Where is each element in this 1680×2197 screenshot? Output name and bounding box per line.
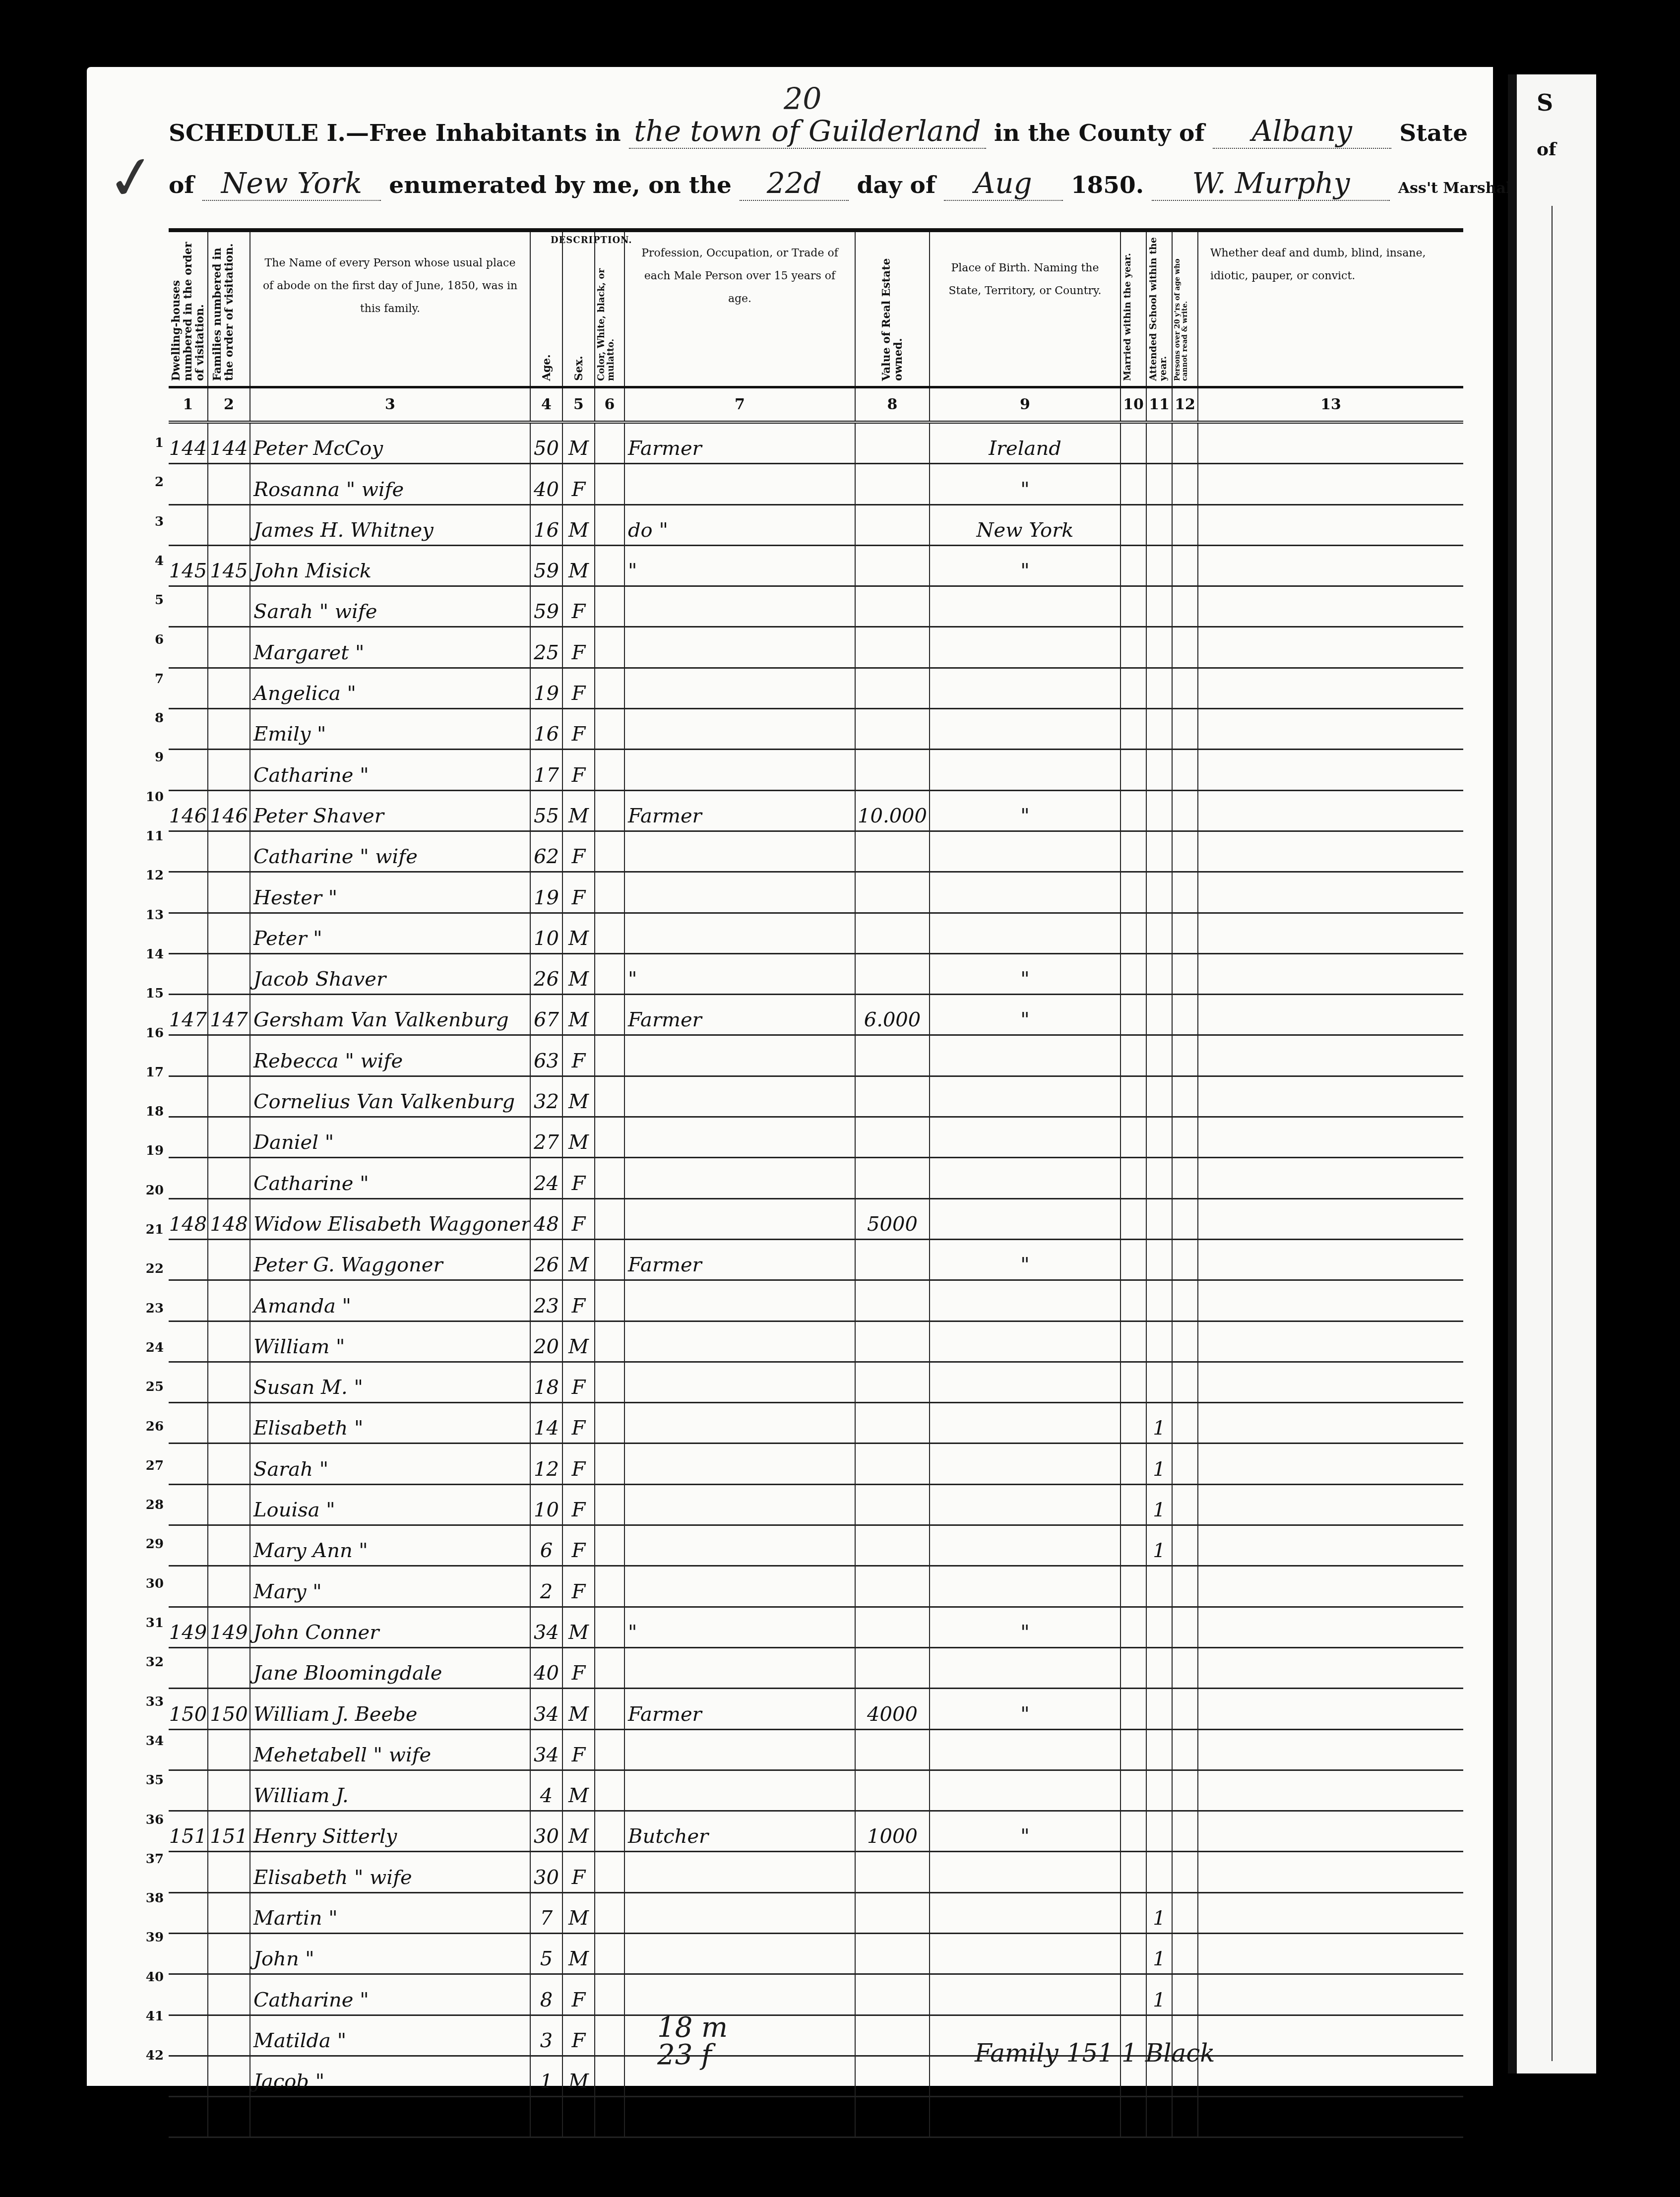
cell-color-mark bbox=[595, 587, 625, 626]
cell-family bbox=[208, 2057, 250, 2096]
cell-sex: M bbox=[563, 914, 595, 953]
cell-married bbox=[1121, 1812, 1147, 1851]
line-number: 33 bbox=[139, 1695, 164, 1709]
cell-school bbox=[1147, 1281, 1173, 1320]
col-num: 11 bbox=[1147, 388, 1173, 421]
cell-occupation bbox=[625, 1934, 856, 1973]
table-row: Mary "2F bbox=[169, 1567, 1463, 1607]
cell-sex: F bbox=[563, 1036, 595, 1075]
cell-school bbox=[1147, 709, 1173, 749]
cell-occupation: Butcher bbox=[625, 1812, 856, 1851]
cell-sex: F bbox=[563, 1852, 595, 1891]
cell-family bbox=[208, 2097, 250, 2136]
cell-illiterate bbox=[1173, 1036, 1198, 1075]
line-number: 18 bbox=[139, 1104, 164, 1119]
place-field: the town of Guilderland bbox=[629, 114, 986, 149]
cell-family bbox=[208, 1077, 250, 1116]
cell-illiterate bbox=[1173, 1444, 1198, 1483]
cell-age: 8 bbox=[531, 1975, 563, 2014]
cell-condition bbox=[1198, 1199, 1463, 1239]
cell-real-estate: 5000 bbox=[856, 1199, 930, 1239]
cell-real-estate bbox=[856, 954, 930, 994]
cell-family bbox=[208, 750, 250, 789]
cell-illiterate bbox=[1173, 1975, 1198, 2014]
cell-name: Sarah " wife bbox=[250, 587, 531, 626]
cell-occupation: Farmer bbox=[625, 791, 856, 830]
cell-birthplace bbox=[930, 1526, 1121, 1565]
cell-married bbox=[1121, 546, 1147, 585]
cell-name: Henry Sitterly bbox=[250, 1812, 531, 1851]
cell-age: 1 bbox=[531, 2057, 563, 2096]
cell-birthplace: New York bbox=[930, 505, 1121, 545]
cell-illiterate bbox=[1173, 1403, 1198, 1443]
day-field: 22d bbox=[740, 166, 849, 201]
cell-sex: F bbox=[563, 1281, 595, 1320]
cell-birthplace bbox=[930, 1485, 1121, 1524]
cell-dwelling bbox=[169, 1526, 208, 1565]
cell-birthplace: " bbox=[930, 1240, 1121, 1279]
cell-married bbox=[1121, 1526, 1147, 1565]
cell-married bbox=[1121, 914, 1147, 953]
cell-birthplace: " bbox=[930, 546, 1121, 585]
cell-color-mark bbox=[595, 424, 625, 463]
cell-condition bbox=[1198, 1526, 1463, 1565]
cell-condition bbox=[1198, 546, 1463, 585]
cell-birthplace bbox=[930, 1934, 1121, 1973]
table-row: William "20M bbox=[169, 1322, 1463, 1363]
cell-name: Cornelius Van Valkenburg bbox=[250, 1077, 531, 1116]
cell-occupation: Farmer bbox=[625, 995, 856, 1034]
cell-occupation bbox=[625, 464, 856, 503]
cell-color-mark bbox=[595, 1567, 625, 1606]
table-row: 149149John Conner34M"" bbox=[169, 1608, 1463, 1648]
cell-real-estate bbox=[856, 1852, 930, 1891]
cell-family bbox=[208, 587, 250, 626]
cell-family bbox=[208, 1444, 250, 1483]
cell-occupation bbox=[625, 1771, 856, 1810]
cell-married bbox=[1121, 669, 1147, 708]
cell-age: 2 bbox=[531, 1567, 563, 1606]
cell-sex: F bbox=[563, 669, 595, 708]
cell-dwelling bbox=[169, 1852, 208, 1891]
table-row: Hester "19F bbox=[169, 873, 1463, 913]
line-number: 8 bbox=[139, 711, 164, 726]
cell-married bbox=[1121, 832, 1147, 871]
cell-age: 16 bbox=[531, 505, 563, 545]
cell-color-mark bbox=[595, 1240, 625, 1279]
cell-occupation bbox=[625, 2097, 856, 2136]
cell-occupation bbox=[625, 1485, 856, 1524]
cell-real-estate bbox=[856, 1648, 930, 1688]
marshal-signature: W. Murphy bbox=[1152, 166, 1390, 201]
cell-sex: F bbox=[563, 1158, 595, 1197]
cell-color-mark bbox=[595, 914, 625, 953]
cell-name: Matilda " bbox=[250, 2016, 531, 2055]
cell-birthplace bbox=[930, 1567, 1121, 1606]
county-label: in the County of bbox=[994, 120, 1205, 147]
cell-age: 23 bbox=[531, 1281, 563, 1320]
cell-name: William " bbox=[250, 1322, 531, 1361]
cell-occupation bbox=[625, 873, 856, 912]
cell-color-mark bbox=[595, 2016, 625, 2055]
cell-color-mark bbox=[595, 1771, 625, 1810]
cell-married bbox=[1121, 1444, 1147, 1483]
cell-married bbox=[1121, 791, 1147, 830]
cell-married bbox=[1121, 1689, 1147, 1728]
cell-condition bbox=[1198, 1118, 1463, 1157]
header-col-8: Value of Real Estate owned. bbox=[856, 232, 930, 386]
table-row: Martin "7M1 bbox=[169, 1893, 1463, 1934]
table-row: John "5M1 bbox=[169, 1934, 1463, 1975]
cell-family bbox=[208, 1852, 250, 1891]
adjacent-title-fragment: S bbox=[1537, 89, 1553, 116]
cell-school bbox=[1147, 1812, 1173, 1851]
cell-occupation bbox=[625, 1852, 856, 1891]
cell-married bbox=[1121, 1118, 1147, 1157]
cell-sex: F bbox=[563, 464, 595, 503]
cell-school bbox=[1147, 628, 1173, 667]
cell-married bbox=[1121, 628, 1147, 667]
table-row: Elisabeth " wife30F bbox=[169, 1852, 1463, 1893]
cell-condition bbox=[1198, 1444, 1463, 1483]
cell-age: 17 bbox=[531, 750, 563, 789]
cell-dwelling bbox=[169, 1485, 208, 1524]
adjacent-page-edge: S of bbox=[1508, 74, 1596, 2073]
line-number: 6 bbox=[139, 632, 164, 647]
cell-birthplace bbox=[930, 1444, 1121, 1483]
cell-condition bbox=[1198, 587, 1463, 626]
cell-dwelling: 150 bbox=[169, 1689, 208, 1728]
line-number: 11 bbox=[139, 829, 164, 844]
cell-sex: M bbox=[563, 1118, 595, 1157]
header-col-13: Whether deaf and dumb, blind, insane, id… bbox=[1198, 232, 1463, 386]
line-number: 9 bbox=[139, 750, 164, 765]
cell-school bbox=[1147, 546, 1173, 585]
cell-name: Catharine " bbox=[250, 1158, 531, 1197]
cell-condition bbox=[1198, 1363, 1463, 1402]
cell-family bbox=[208, 464, 250, 503]
cell-real-estate bbox=[856, 505, 930, 545]
cell-name bbox=[250, 2097, 531, 2136]
cell-name: Louisa " bbox=[250, 1485, 531, 1524]
table-row: 151151Henry Sitterly30MButcher1000" bbox=[169, 1812, 1463, 1852]
cell-sex: F bbox=[563, 1363, 595, 1402]
cell-illiterate bbox=[1173, 791, 1198, 830]
cell-dwelling bbox=[169, 1240, 208, 1279]
cell-married bbox=[1121, 424, 1147, 463]
cell-family bbox=[208, 1485, 250, 1524]
cell-birthplace: Ireland bbox=[930, 424, 1121, 463]
cell-illiterate bbox=[1173, 1893, 1198, 1933]
cell-illiterate bbox=[1173, 1240, 1198, 1279]
cell-school bbox=[1147, 873, 1173, 912]
table-row: James H. Whitney16Mdo "New York bbox=[169, 505, 1463, 546]
header-col-2: Families numbered in the order of visita… bbox=[208, 232, 250, 386]
cell-age: 10 bbox=[531, 914, 563, 953]
line-number: 19 bbox=[139, 1143, 164, 1158]
cell-name: Sarah " bbox=[250, 1444, 531, 1483]
cell-real-estate bbox=[856, 1526, 930, 1565]
cell-occupation bbox=[625, 1036, 856, 1075]
cell-sex: M bbox=[563, 546, 595, 585]
cell-age: 25 bbox=[531, 628, 563, 667]
cell-sex: M bbox=[563, 1322, 595, 1361]
cell-family bbox=[208, 1403, 250, 1443]
cell-real-estate bbox=[856, 1281, 930, 1320]
cell-school bbox=[1147, 1240, 1173, 1279]
cell-dwelling: 151 bbox=[169, 1812, 208, 1851]
cell-school bbox=[1147, 1567, 1173, 1606]
cell-real-estate bbox=[856, 1240, 930, 1279]
cell-age: 14 bbox=[531, 1403, 563, 1443]
cell-illiterate bbox=[1173, 1322, 1198, 1361]
year-label: 1850. bbox=[1071, 172, 1144, 199]
cell-color-mark bbox=[595, 1281, 625, 1320]
cell-birthplace bbox=[930, 1158, 1121, 1197]
cell-condition bbox=[1198, 1689, 1463, 1728]
cell-illiterate bbox=[1173, 1648, 1198, 1688]
cell-school bbox=[1147, 2097, 1173, 2136]
cell-condition bbox=[1198, 1158, 1463, 1197]
cell-family: 151 bbox=[208, 1812, 250, 1851]
table-row: Louisa "10F1 bbox=[169, 1485, 1463, 1526]
cell-name: Jacob " bbox=[250, 2057, 531, 2096]
table-row: Catharine "8F1 bbox=[169, 1975, 1463, 2015]
cell-dwelling: 148 bbox=[169, 1199, 208, 1239]
cell-age: 12 bbox=[531, 1444, 563, 1483]
cell-family bbox=[208, 628, 250, 667]
table-row: Cornelius Van Valkenburg32M bbox=[169, 1077, 1463, 1118]
cell-color-mark bbox=[595, 1158, 625, 1197]
cell-color-mark bbox=[595, 1036, 625, 1075]
cell-school bbox=[1147, 1689, 1173, 1728]
cell-color-mark bbox=[595, 1363, 625, 1402]
table-row: Amanda "23F bbox=[169, 1281, 1463, 1321]
line-number: 39 bbox=[139, 1930, 164, 1945]
cell-color-mark bbox=[595, 546, 625, 585]
cell-condition bbox=[1198, 750, 1463, 789]
cell-real-estate bbox=[856, 1322, 930, 1361]
cell-dwelling bbox=[169, 1730, 208, 1769]
cell-sex: M bbox=[563, 954, 595, 994]
cell-real-estate bbox=[856, 1608, 930, 1647]
cell-school bbox=[1147, 995, 1173, 1034]
table-row: Margaret "25F bbox=[169, 628, 1463, 668]
cell-sex: F bbox=[563, 750, 595, 789]
table-row: Rosanna " wife40F" bbox=[169, 464, 1463, 505]
cell-illiterate bbox=[1173, 1812, 1198, 1851]
cell-real-estate bbox=[856, 1771, 930, 1810]
cell-illiterate bbox=[1173, 914, 1198, 953]
cell-school: 1 bbox=[1147, 1403, 1173, 1443]
cell-color-mark bbox=[595, 791, 625, 830]
cell-age: 4 bbox=[531, 1771, 563, 1810]
cell-illiterate bbox=[1173, 1199, 1198, 1239]
header-col-12: Persons over 20 y'rs of age who cannot r… bbox=[1173, 232, 1198, 386]
cell-dwelling bbox=[169, 832, 208, 871]
cell-dwelling bbox=[169, 1567, 208, 1606]
cell-married bbox=[1121, 1852, 1147, 1891]
cell-sex: F bbox=[563, 1648, 595, 1688]
cell-illiterate bbox=[1173, 1771, 1198, 1810]
cell-real-estate bbox=[856, 2097, 930, 2136]
cell-condition bbox=[1198, 2016, 1463, 2055]
cell-real-estate bbox=[856, 832, 930, 871]
census-table: Dwelling-houses numbered in the order of… bbox=[169, 228, 1463, 2138]
cell-dwelling bbox=[169, 1281, 208, 1320]
cell-color-mark bbox=[595, 832, 625, 871]
cell-condition bbox=[1198, 628, 1463, 667]
cell-condition bbox=[1198, 1975, 1463, 2014]
cell-married bbox=[1121, 954, 1147, 994]
cell-occupation bbox=[625, 1322, 856, 1361]
cell-occupation bbox=[625, 1199, 856, 1239]
cell-real-estate bbox=[856, 587, 930, 626]
cell-occupation bbox=[625, 587, 856, 626]
table-row: Jacob Shaver26M"" bbox=[169, 954, 1463, 995]
cell-birthplace: " bbox=[930, 464, 1121, 503]
cell-real-estate: 6.000 bbox=[856, 995, 930, 1034]
table-row: Catharine "24F bbox=[169, 1158, 1463, 1199]
cell-age: 59 bbox=[531, 587, 563, 626]
cell-age: 34 bbox=[531, 1608, 563, 1647]
col-num: 1 bbox=[169, 388, 208, 421]
table-row: Angelica "19F bbox=[169, 669, 1463, 709]
cell-illiterate bbox=[1173, 1730, 1198, 1769]
header-col-7: Profession, Occupation, or Trade of each… bbox=[625, 232, 856, 386]
cell-sex: F bbox=[563, 1403, 595, 1443]
line-number: 21 bbox=[139, 1222, 164, 1237]
cell-sex bbox=[563, 2097, 595, 2136]
table-row: 147147Gersham Van Valkenburg67MFarmer6.0… bbox=[169, 995, 1463, 1036]
cell-real-estate bbox=[856, 1893, 930, 1933]
cell-occupation bbox=[625, 709, 856, 749]
cell-illiterate bbox=[1173, 2097, 1198, 2136]
cell-real-estate bbox=[856, 1934, 930, 1973]
cell-school bbox=[1147, 791, 1173, 830]
cell-school bbox=[1147, 1771, 1173, 1810]
cell-birthplace bbox=[930, 1771, 1121, 1810]
cell-condition bbox=[1198, 1077, 1463, 1116]
cell-condition bbox=[1198, 1771, 1463, 1810]
cell-name: Catharine " wife bbox=[250, 832, 531, 871]
cell-family bbox=[208, 1363, 250, 1402]
cell-condition bbox=[1198, 1730, 1463, 1769]
cell-married bbox=[1121, 873, 1147, 912]
cell-condition bbox=[1198, 1608, 1463, 1647]
cell-name: Peter G. Waggoner bbox=[250, 1240, 531, 1279]
cell-school: 1 bbox=[1147, 1444, 1173, 1483]
cell-real-estate bbox=[856, 464, 930, 503]
line-number: 35 bbox=[139, 1773, 164, 1788]
col-num: 4 bbox=[531, 388, 563, 421]
cell-real-estate bbox=[856, 1975, 930, 2014]
cell-occupation bbox=[625, 1158, 856, 1197]
cell-illiterate bbox=[1173, 464, 1198, 503]
cell-school: 1 bbox=[1147, 1485, 1173, 1524]
cell-occupation bbox=[625, 628, 856, 667]
cell-name: Daniel " bbox=[250, 1118, 531, 1157]
line-number: 32 bbox=[139, 1655, 164, 1670]
cell-condition bbox=[1198, 1281, 1463, 1320]
cell-dwelling bbox=[169, 1934, 208, 1973]
cell-family bbox=[208, 505, 250, 545]
cell-dwelling bbox=[169, 628, 208, 667]
cell-name: Mary Ann " bbox=[250, 1526, 531, 1565]
table-row: Daniel "27M bbox=[169, 1118, 1463, 1158]
cell-occupation: Farmer bbox=[625, 1240, 856, 1279]
cell-real-estate: 1000 bbox=[856, 1812, 930, 1851]
line-number: 31 bbox=[139, 1616, 164, 1631]
cell-color-mark bbox=[595, 464, 625, 503]
cell-condition bbox=[1198, 505, 1463, 545]
table-row: Mehetabell " wife34F bbox=[169, 1730, 1463, 1771]
cell-family bbox=[208, 954, 250, 994]
cell-married bbox=[1121, 1363, 1147, 1402]
month-field: Aug bbox=[944, 166, 1063, 201]
cell-married bbox=[1121, 1608, 1147, 1647]
cell-dwelling bbox=[169, 505, 208, 545]
cell-real-estate bbox=[856, 1567, 930, 1606]
cell-school bbox=[1147, 1036, 1173, 1075]
cell-school bbox=[1147, 587, 1173, 626]
cell-condition bbox=[1198, 1485, 1463, 1524]
cell-married bbox=[1121, 1567, 1147, 1606]
column-number-row: 1 2 3 4 5 6 7 8 9 10 11 12 13 bbox=[169, 388, 1463, 424]
cell-birthplace bbox=[930, 832, 1121, 871]
cell-family bbox=[208, 1158, 250, 1197]
cell-age: 59 bbox=[531, 546, 563, 585]
cell-dwelling bbox=[169, 1444, 208, 1483]
cell-school bbox=[1147, 1730, 1173, 1769]
cell-name: John Misick bbox=[250, 546, 531, 585]
cell-color-mark bbox=[595, 1975, 625, 2014]
marshal-label: Ass't Marshal. bbox=[1398, 180, 1517, 197]
cell-occupation: " bbox=[625, 1608, 856, 1647]
cell-real-estate bbox=[856, 546, 930, 585]
cell-condition bbox=[1198, 2057, 1463, 2096]
cell-dwelling bbox=[169, 954, 208, 994]
cell-name: James H. Whitney bbox=[250, 505, 531, 545]
cell-sex: F bbox=[563, 2016, 595, 2055]
cell-family bbox=[208, 1567, 250, 1606]
cell-occupation bbox=[625, 1893, 856, 1933]
cell-school bbox=[1147, 669, 1173, 708]
cell-family bbox=[208, 914, 250, 953]
cell-real-estate bbox=[856, 1118, 930, 1157]
cell-age: 18 bbox=[531, 1363, 563, 1402]
cell-married bbox=[1121, 709, 1147, 749]
line-number: 34 bbox=[139, 1734, 164, 1749]
adjacent-of-fragment: of bbox=[1537, 139, 1556, 160]
page-stamp: 20 bbox=[784, 82, 821, 117]
cell-birthplace bbox=[930, 1036, 1121, 1075]
cell-occupation: Farmer bbox=[625, 424, 856, 463]
cell-sex: F bbox=[563, 709, 595, 749]
cell-occupation: Farmer bbox=[625, 1689, 856, 1728]
cell-age: 48 bbox=[531, 1199, 563, 1239]
table-row: Sarah "12F1 bbox=[169, 1444, 1463, 1485]
tally-female: 23 f bbox=[657, 2039, 712, 2071]
cell-family: 148 bbox=[208, 1199, 250, 1239]
cell-dwelling: 146 bbox=[169, 791, 208, 830]
cell-occupation bbox=[625, 1403, 856, 1443]
cell-illiterate bbox=[1173, 1281, 1198, 1320]
cell-birthplace bbox=[930, 669, 1121, 708]
cell-color-mark bbox=[595, 1403, 625, 1443]
cell-name: Emily " bbox=[250, 709, 531, 749]
cell-name: John Conner bbox=[250, 1608, 531, 1647]
